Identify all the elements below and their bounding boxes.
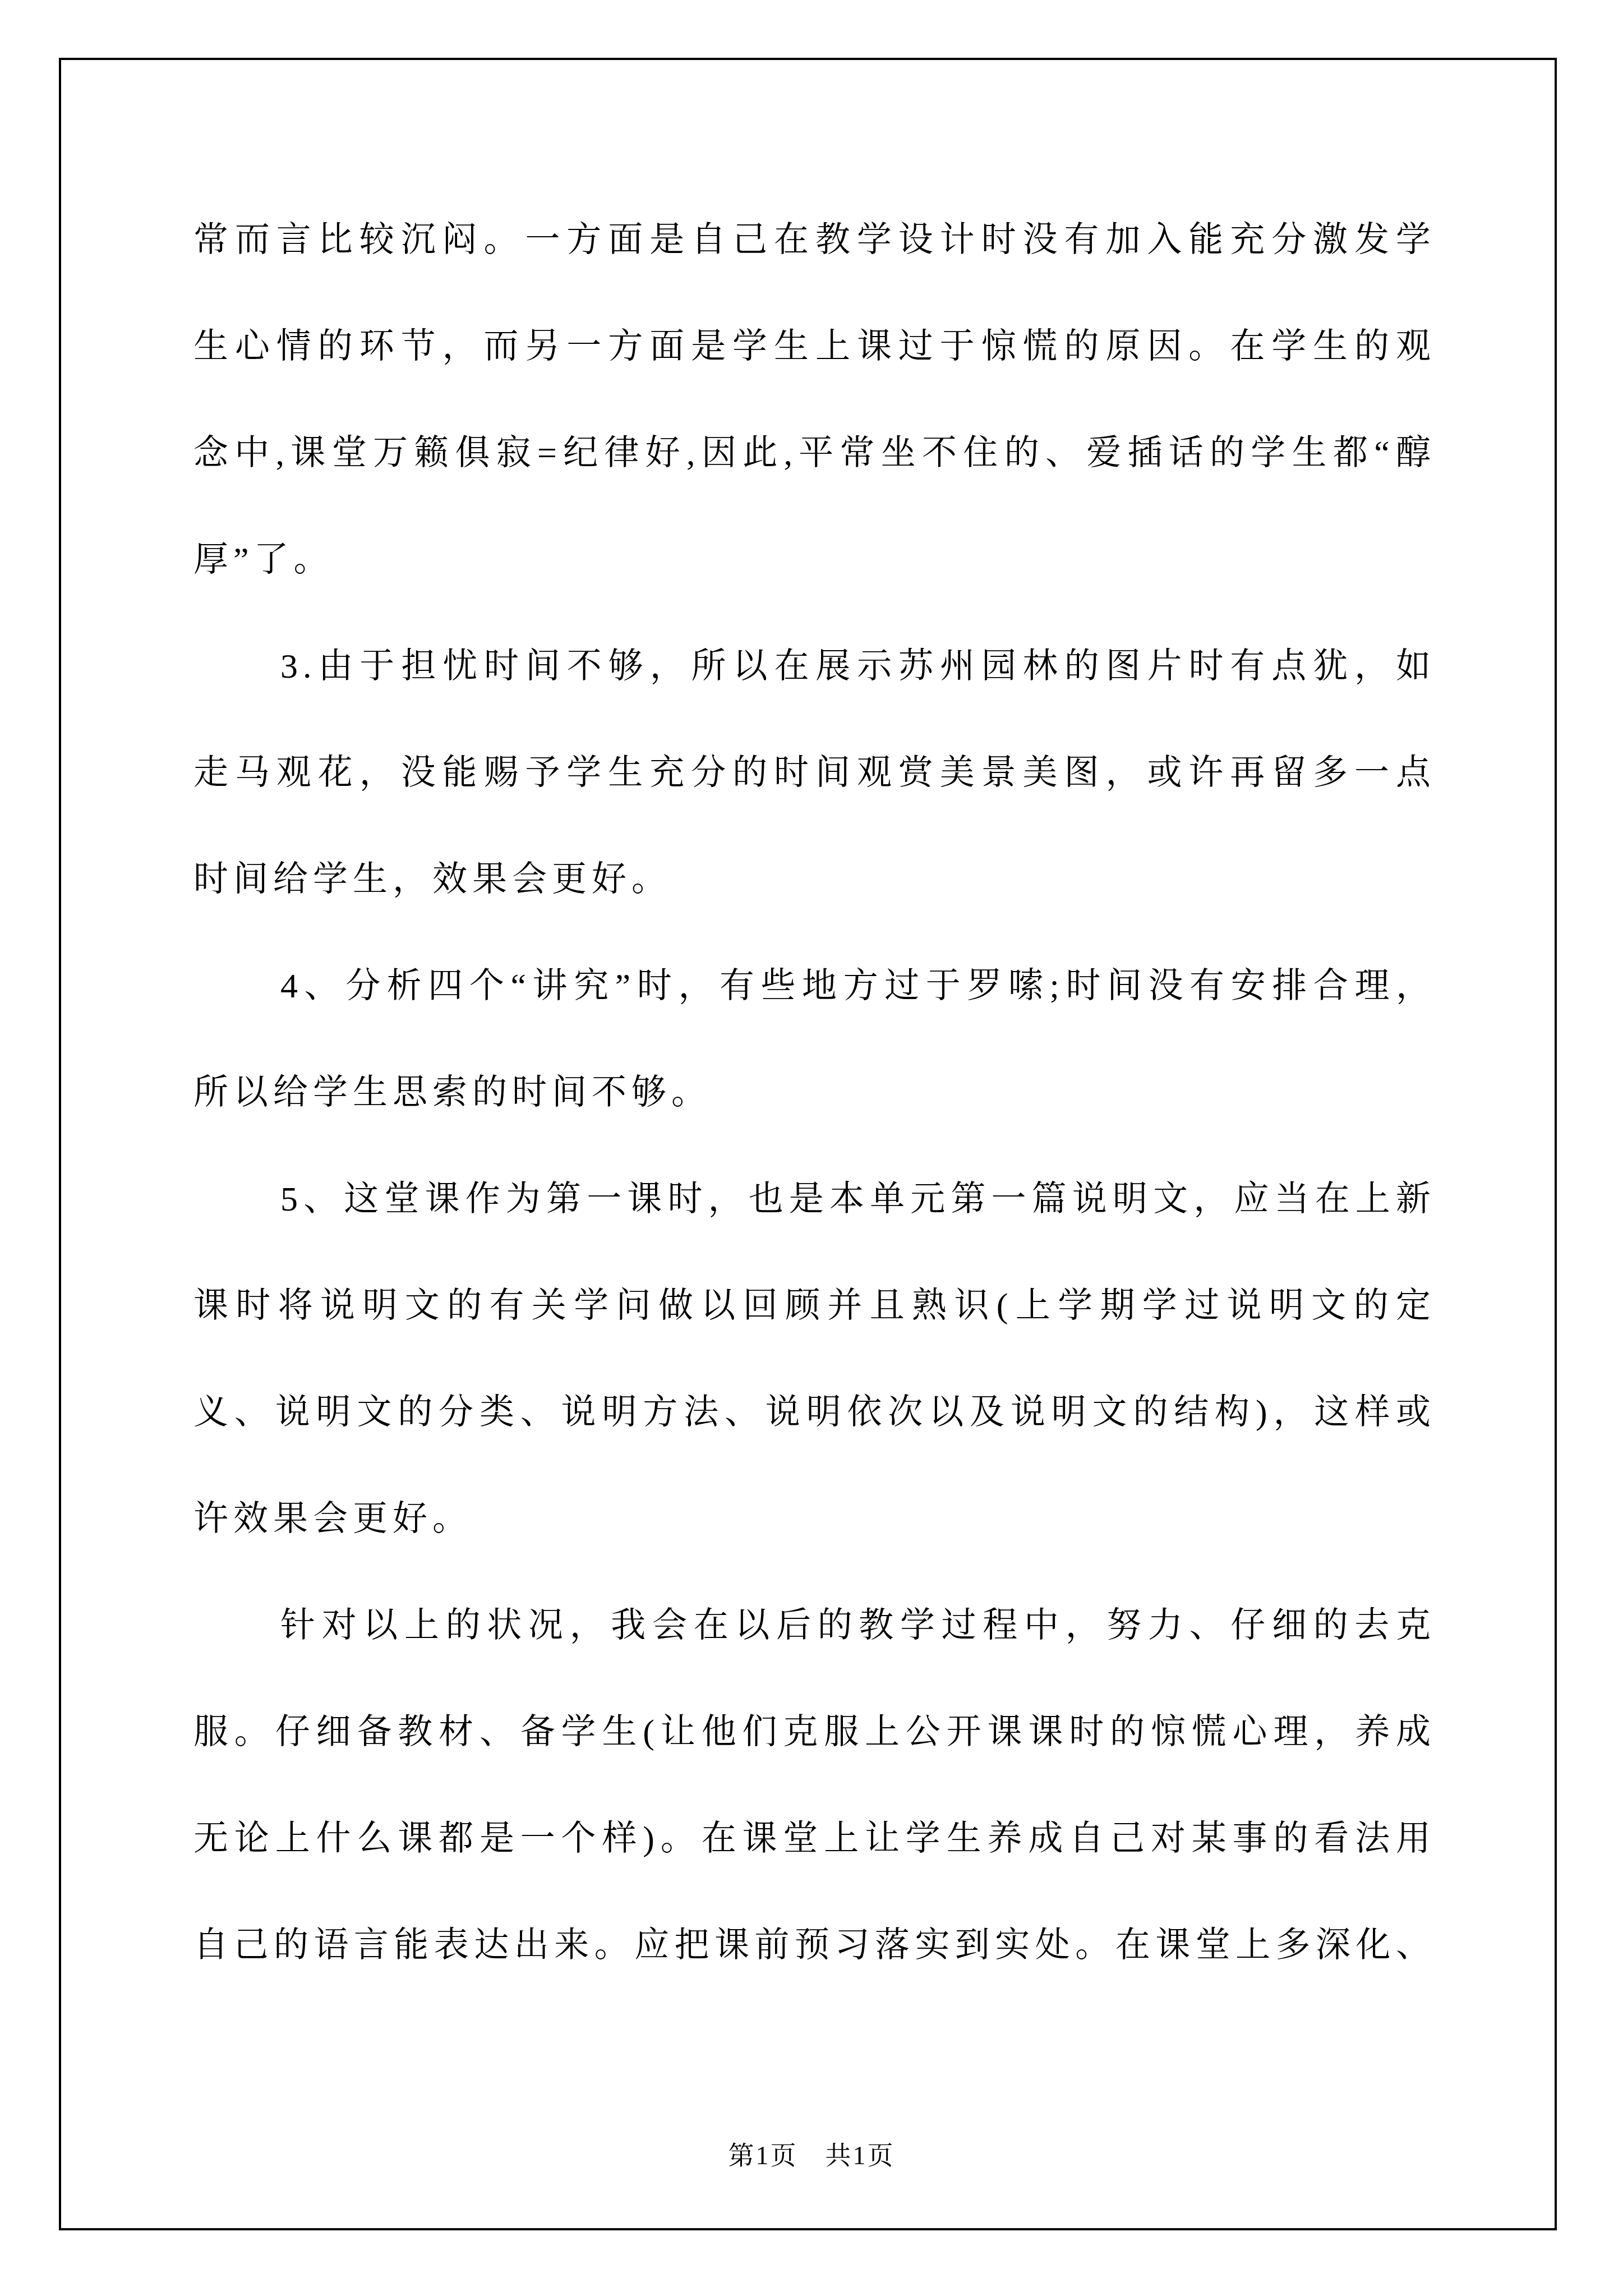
- paragraph: 5、这堂课作为第一课时，也是本单元第一篇说明文，应当在上新 课时将说明文的有关学…: [193, 1146, 1436, 1572]
- page-number: 第1页 共1页: [728, 2141, 895, 2170]
- text-line: 服。仔细备教材、备学生(让他们克服上公开课课时的惊慌心理，养成: [193, 1679, 1436, 1786]
- text-line: 时间给学生，效果会更好。: [193, 826, 1436, 933]
- text-line: 念中,课堂万籁俱寂=纪律好,因此,平常坐不住的、爱插话的学生都“醇: [193, 400, 1436, 507]
- paragraph: 3.由于担忧时间不够，所以在展示苏州园林的图片时有点犹，如 走马观花，没能赐予学…: [193, 613, 1436, 933]
- document-body: 常而言比较沉闷。一方面是自己在教学设计时没有加入能充分激发学 生心情的环节，而另…: [193, 187, 1436, 1999]
- text-line: 5、这堂课作为第一课时，也是本单元第一篇说明文，应当在上新: [193, 1146, 1436, 1253]
- text-line: 课时将说明文的有关学问做以回顾并且熟识(上学期学过说明文的定: [193, 1253, 1436, 1359]
- text-line: 义、说明文的分类、说明方法、说明依次以及说明文的结构)，这样或: [193, 1359, 1436, 1466]
- text-line: 无论上什么课都是一个样)。在课堂上让学生养成自己对某事的看法用: [193, 1786, 1436, 1892]
- text-line: 许效果会更好。: [193, 1466, 1436, 1572]
- text-line: 自己的语言能表达出来。应把课前预习落实到实处。在课堂上多深化、: [193, 1892, 1436, 1999]
- text-line: 走马观花，没能赐予学生充分的时间观赏美景美图，或许再留多一点: [193, 720, 1436, 826]
- text-line: 生心情的环节，而另一方面是学生上课过于惊慌的原因。在学生的观: [193, 293, 1436, 400]
- text-line: 厚”了。: [193, 507, 1436, 613]
- text-line: 针对以上的状况，我会在以后的教学过程中，努力、仔细的去克: [193, 1572, 1436, 1679]
- text-line: 所以给学生思索的时间不够。: [193, 1039, 1436, 1146]
- paragraph: 常而言比较沉闷。一方面是自己在教学设计时没有加入能充分激发学 生心情的环节，而另…: [193, 187, 1436, 613]
- paragraph: 针对以上的状况，我会在以后的教学过程中，努力、仔细的去克 服。仔细备教材、备学生…: [193, 1572, 1436, 1999]
- page-footer: 第1页 共1页: [0, 2135, 1623, 2172]
- paragraph: 4、分析四个“讲究”时，有些地方过于罗嗦;时间没有安排合理， 所以给学生思索的时…: [193, 933, 1436, 1146]
- text-line: 常而言比较沉闷。一方面是自己在教学设计时没有加入能充分激发学: [193, 187, 1436, 293]
- text-line: 3.由于担忧时间不够，所以在展示苏州园林的图片时有点犹，如: [193, 613, 1436, 720]
- text-line: 4、分析四个“讲究”时，有些地方过于罗嗦;时间没有安排合理，: [193, 933, 1436, 1039]
